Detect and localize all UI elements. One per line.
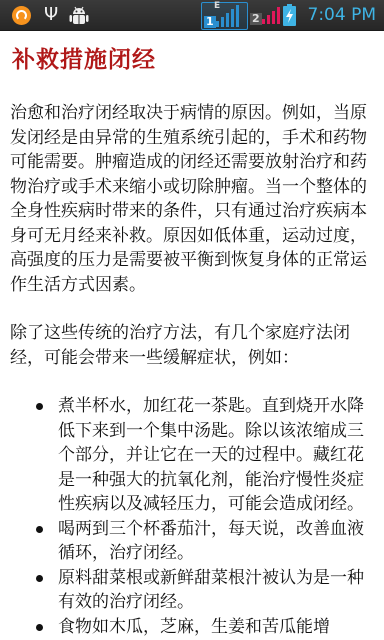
sim2-signal-icon: 2 <box>248 4 284 26</box>
remedy-list-item: 食物如木瓜，芝麻，生姜和苦瓜能增 <box>58 615 374 640</box>
remedy-list-item: 煮半杯水，加红花一茶匙。直到烧开水降低下来到一个集中汤匙。除以该浓缩成三个部分，… <box>58 394 374 517</box>
remedies-list: 煮半杯水，加红花一茶匙。直到烧开水降低下来到一个集中汤匙。除以该浓缩成三个部分，… <box>0 394 374 639</box>
article-paragraph: 除了这些传统的治疗方法，有几个家庭疗法闭经，可能会带来一些缓解症状，例如： <box>10 321 374 370</box>
article-paragraph: 治愈和治疗闭经取决于病情的原因。例如，当原发闭经是由异常的生殖系统引起的，手术和… <box>10 101 374 297</box>
battery-charging-icon <box>283 4 296 26</box>
usb-icon: Ψ <box>44 3 58 27</box>
article-scroll-view[interactable]: 补救措施闭经 治愈和治疗闭经取决于病情的原因。例如，当原发闭经是由异常的生殖系统… <box>0 31 384 640</box>
article-title: 补救措施闭经 <box>12 43 384 77</box>
sim1-slot-label: 1 <box>204 16 216 28</box>
notification-app-icon[interactable] <box>12 6 31 25</box>
status-clock: 7:04 PM <box>308 3 377 27</box>
remedy-list-item: 喝两到三个杯番茄汁，每天说，改善血液循环，治疗闭经。 <box>58 517 374 566</box>
remedy-list-item: 原料甜菜根或新鲜甜菜根汁被认为是一种有效的治疗闭经。 <box>58 566 374 615</box>
sim1-signal-icon: E 1 <box>201 2 248 30</box>
status-bar: Ψ E 1 2 <box>0 0 384 31</box>
android-debug-icon <box>68 5 90 25</box>
sim2-slot-label: 2 <box>250 13 262 25</box>
